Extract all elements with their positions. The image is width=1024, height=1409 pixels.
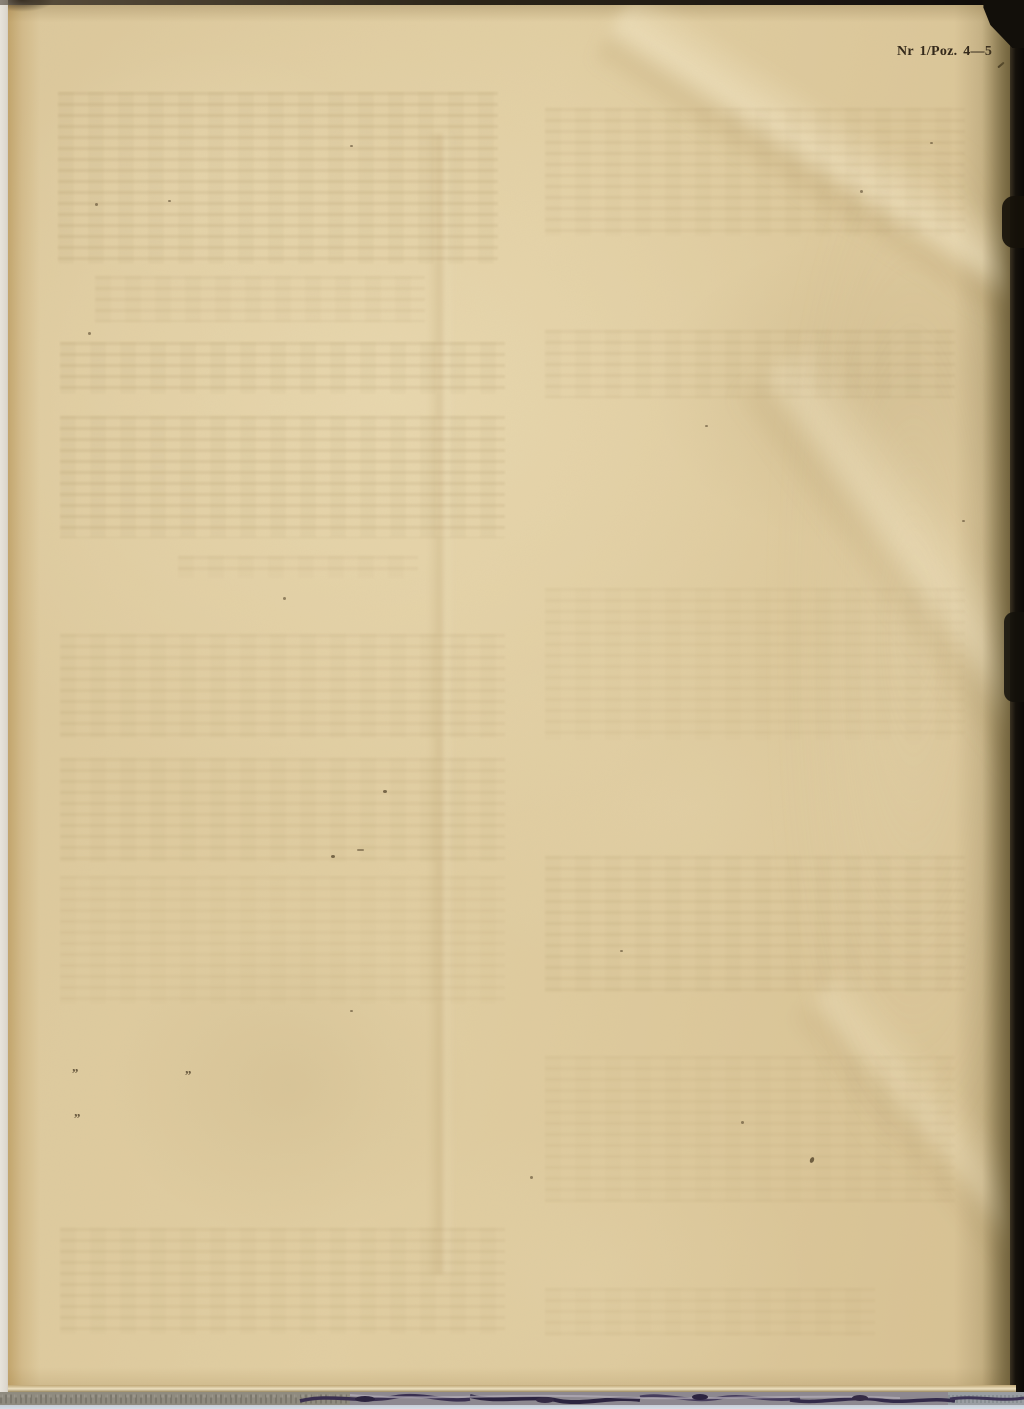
faded-text-block: [60, 342, 505, 394]
page-bottom-edge: [8, 1385, 1016, 1392]
marbled-book-edge: [0, 1392, 1024, 1405]
page-header-reference: Nr 1/Poz. 4—5: [897, 44, 1024, 60]
faded-text-block: [60, 1228, 505, 1334]
paper-texture-overlay: [8, 4, 1014, 1391]
faded-text-block: [178, 556, 418, 578]
stray-ink-tick: [997, 62, 1004, 69]
paper-mottling: [8, 4, 1014, 1391]
faded-text-block: [60, 876, 505, 1004]
ink-speck: [350, 145, 353, 147]
ink-speck: [283, 597, 286, 600]
ink-speck: [809, 1156, 815, 1163]
diagonal-crease-middle: [731, 336, 1024, 902]
scan-top-edge: [0, 0, 1024, 5]
faded-text-block: [545, 1288, 875, 1336]
faded-text-block: [545, 588, 965, 740]
faded-text-block: [60, 634, 505, 738]
scanned-document-page: Nr 1/Poz. 4—5 „ „ „: [0, 0, 1024, 1409]
faded-text-block: [60, 758, 505, 862]
ink-speck: [741, 1121, 744, 1124]
faded-text-block: [545, 1056, 955, 1202]
ditto-mark: „: [72, 1060, 79, 1073]
ink-speck: [350, 1010, 353, 1012]
faded-text-block: [58, 92, 498, 264]
ink-speck: [383, 790, 387, 793]
ink-speck: [530, 1176, 533, 1179]
faded-text-block: [545, 330, 955, 398]
paper-crease-highlight: [798, 154, 1008, 1354]
ink-speck: [860, 190, 863, 193]
ink-speck: [962, 520, 965, 522]
paper-page: Nr 1/Poz. 4—5 „ „ „: [8, 4, 1014, 1391]
marbled-edge-pattern: [0, 1392, 1024, 1405]
ink-speck: [88, 332, 91, 335]
ditto-mark: „: [185, 1062, 192, 1075]
faded-text-block: [545, 108, 965, 236]
ink-speck: [168, 200, 171, 202]
faded-text-block: [545, 856, 965, 992]
ink-speck: [357, 849, 364, 851]
faded-text-block: [60, 416, 505, 538]
ditto-mark: „: [74, 1105, 81, 1118]
vertical-fold-crease: [428, 134, 456, 1274]
ink-speck: [95, 203, 98, 206]
diagonal-crease-bottom: [786, 964, 1024, 1374]
page-edge-bump: [1004, 612, 1024, 702]
ink-speck: [620, 950, 623, 952]
ink-speck: [930, 142, 933, 144]
page-edge-bump: [1002, 196, 1024, 248]
ink-speck: [331, 855, 335, 858]
scanner-bed-strip: [0, 1405, 1024, 1409]
faded-text-block: [95, 276, 425, 322]
ink-speck: [705, 425, 708, 427]
